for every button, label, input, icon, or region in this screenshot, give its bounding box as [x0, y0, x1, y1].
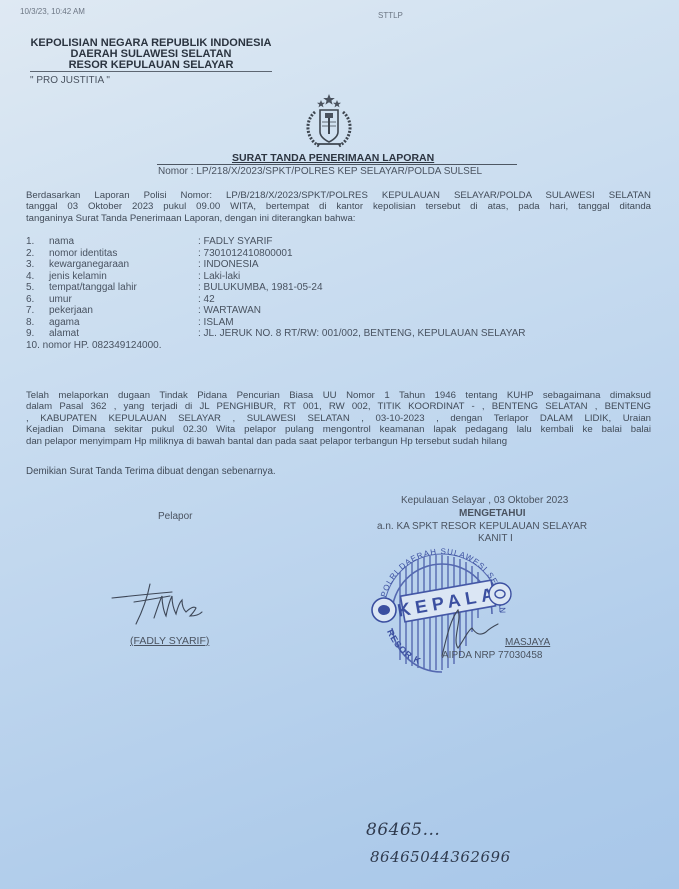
officer-name: MASJAYA	[505, 637, 550, 648]
row-number: 4.	[26, 271, 49, 283]
intro-line: Berdasarkan Laporan Polisi Nomor: LP/B/2…	[26, 190, 651, 201]
field-value: : FADLY SYARIF	[198, 236, 272, 248]
row-number: 3.	[26, 259, 49, 271]
intro-line: tanganinya Surat Tanda Penerimaan Lapora…	[26, 213, 651, 224]
field-value: : WARTAWAN	[198, 305, 261, 317]
document-number: Nomor : LP/218/X/2023/SPKT/POLRES KEP SE…	[158, 166, 482, 177]
print-timestamp: 10/3/23, 10:42 AM	[20, 7, 85, 16]
report-line: Telah melaporkan dugaan Tindak Pidana Pe…	[26, 390, 651, 401]
report-line: Kejadian Dimana sekitar pukul 02.30 Wita…	[26, 424, 651, 435]
field-label: nomor identitas	[49, 248, 198, 260]
field-value: : Laki-laki	[198, 271, 240, 283]
intro-line: tanggal 03 Oktober 2023 pukul 09.00 WITA…	[26, 201, 651, 212]
place-date: Kepulauan Selayar , 03 Oktober 2023	[401, 495, 568, 506]
identity-row: 5.tempat/tanggal lahir: BULUKUMBA, 1981-…	[26, 282, 526, 294]
reporter-label: Pelapor	[158, 511, 192, 522]
phone-number: 10. nomor HP. 082349124000.	[26, 340, 161, 352]
letterhead: KEPOLISIAN NEGARA REPUBLIK INDONESIA DAE…	[30, 38, 272, 71]
identity-row: 1.nama: FADLY SYARIF	[26, 236, 526, 248]
identity-row: 8.agama: ISLAM	[26, 317, 526, 329]
field-value: : INDONESIA	[198, 259, 259, 271]
field-value: : BULUKUMBA, 1981-05-24	[198, 282, 323, 294]
row-number: 6.	[26, 294, 49, 306]
row-number: 7.	[26, 305, 49, 317]
document-code: STTLP	[378, 11, 403, 20]
phone-row: 10. nomor HP. 082349124000.	[26, 340, 526, 352]
field-value: : 42	[198, 294, 215, 306]
intro-paragraph: Berdasarkan Laporan Polisi Nomor: LP/B/2…	[26, 190, 651, 224]
acknowledged-label: MENGETAHUI	[459, 508, 525, 519]
identity-row: 4.jenis kelamin: Laki-laki	[26, 271, 526, 283]
report-paragraph: Telah melaporkan dugaan Tindak Pidana Pe…	[26, 390, 651, 447]
field-value: : ISLAM	[198, 317, 234, 329]
row-number: 5.	[26, 282, 49, 294]
handwritten-note-2: 86465044362696	[370, 848, 511, 866]
row-number: 9.	[26, 328, 49, 340]
row-number: 1.	[26, 236, 49, 248]
field-label: agama	[49, 317, 198, 329]
report-line: , KABUPATEN KEPULAUAN SELAYAR , SULAWESI…	[26, 413, 651, 424]
identity-row: 6.umur: 42	[26, 294, 526, 306]
document-title: SURAT TANDA PENERIMAAN LAPORAN	[232, 152, 434, 164]
row-number: 2.	[26, 248, 49, 260]
closing-statement: Demikian Surat Tanda Terima dibuat denga…	[26, 466, 651, 477]
identity-list: 1.nama: FADLY SYARIF 2.nomor identitas: …	[26, 236, 526, 351]
letterhead-rule	[30, 71, 272, 72]
field-label: nama	[49, 236, 198, 248]
field-label: umur	[49, 294, 198, 306]
identity-row: 3.kewarganegaraan: INDONESIA	[26, 259, 526, 271]
title-rule	[157, 164, 517, 165]
report-line: dalam Pasal 362 , yang terjadi di JL PEN…	[26, 401, 651, 412]
report-line: dan pelapor menyimpam Hp miliknya di baw…	[26, 436, 651, 447]
handwritten-note-1: 86465...	[366, 820, 440, 840]
row-number: 8.	[26, 317, 49, 329]
field-label: jenis kelamin	[49, 271, 198, 283]
reporter-name: (FADLY SYARIF)	[130, 635, 209, 647]
field-value: : JL. JERUK NO. 8 RT/RW: 001/002, BENTEN…	[198, 328, 526, 340]
field-label: pekerjaan	[49, 305, 198, 317]
on-behalf-of: a.n. KA SPKT RESOR KEPULAUAN SELAYAR	[377, 521, 587, 532]
identity-row: 7.pekerjaan: WARTAWAN	[26, 305, 526, 317]
police-emblem-icon	[303, 92, 355, 154]
pro-justitia: " PRO JUSTITIA "	[30, 75, 110, 86]
field-label: kewarganegaraan	[49, 259, 198, 271]
officer-rank-nrp: AIPDA NRP 77030458	[442, 650, 542, 661]
identity-row: 2.nomor identitas: 7301012410800001	[26, 248, 526, 260]
field-label: alamat	[49, 328, 198, 340]
identity-row: 9.alamat: JL. JERUK NO. 8 RT/RW: 001/002…	[26, 328, 526, 340]
letterhead-line-3: RESOR KEPULAUAN SELAYAR	[30, 60, 272, 71]
reporter-signature	[110, 582, 220, 632]
field-label: tempat/tanggal lahir	[49, 282, 198, 294]
field-value: : 7301012410800001	[198, 248, 293, 260]
